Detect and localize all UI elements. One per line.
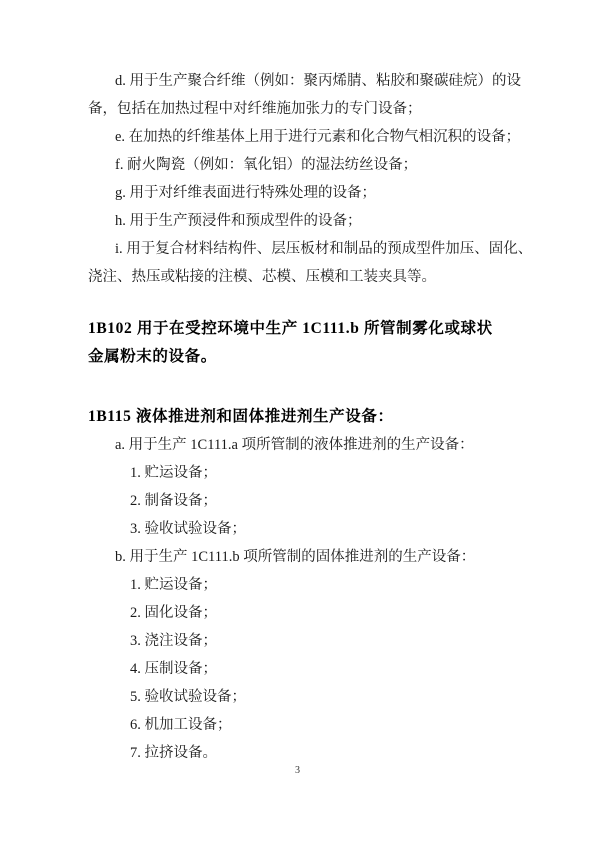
sublist-b-item-1: 1. 贮运设备； [88, 571, 512, 599]
list-item-b: b. 用于生产 1C111.b 项所管制的固体推进剂的生产设备： [88, 543, 512, 571]
document-page: d. 用于生产聚合纤维（例如：聚丙烯腈、粘胶和聚碳硅烷）的设 备，包括在加热过程… [0, 0, 595, 841]
section-heading-1b102-line1: 1B102 用于在受控环境中生产 1C111.b 所管制雾化或球状 [88, 315, 512, 343]
list-item-d-line1: d. 用于生产聚合纤维（例如：聚丙烯腈、粘胶和聚碳硅烷）的设 [88, 67, 512, 95]
section-heading-1b115: 1B115 液体推进剂和固体推进剂生产设备： [88, 403, 512, 431]
list-item-g: g. 用于对纤维表面进行特殊处理的设备； [88, 179, 512, 207]
page-number: 3 [295, 765, 300, 776]
list-item-f: f. 耐火陶瓷（例如：氧化铝）的湿法纺丝设备； [88, 151, 512, 179]
list-item-i-line2: 浇注、热压或粘接的注模、芯模、压模和工装夹具等。 [88, 263, 512, 291]
sublist-a-item-2: 2. 制备设备； [88, 487, 512, 515]
list-item-d-line2: 备，包括在加热过程中对纤维施加张力的专门设备； [88, 95, 512, 123]
sublist-a-item-1: 1. 贮运设备； [88, 459, 512, 487]
document-body: d. 用于生产聚合纤维（例如：聚丙烯腈、粘胶和聚碳硅烷）的设 备，包括在加热过程… [88, 67, 512, 767]
sublist-b-item-5: 5. 验收试验设备； [88, 683, 512, 711]
list-item-h: h. 用于生产预浸件和预成型件的设备； [88, 207, 512, 235]
sublist-b-item-2: 2. 固化设备； [88, 599, 512, 627]
sublist-b-item-6: 6. 机加工设备； [88, 711, 512, 739]
sublist-b-item-3: 3. 浇注设备； [88, 627, 512, 655]
list-item-a: a. 用于生产 1C111.a 项所管制的液体推进剂的生产设备： [88, 431, 512, 459]
sublist-b-item-4: 4. 压制设备； [88, 655, 512, 683]
section-heading-1b102-line2: 金属粉末的设备。 [88, 343, 512, 371]
sublist-b-item-7: 7. 拉挤设备。 [88, 739, 512, 767]
list-item-e: e. 在加热的纤维基体上用于进行元素和化合物气相沉积的设备； [88, 123, 512, 151]
page-footer: 3 [0, 765, 595, 776]
list-item-i-line1: i. 用于复合材料结构件、层压板材和制品的预成型件加压、固化、 [88, 235, 512, 263]
sublist-a-item-3: 3. 验收试验设备； [88, 515, 512, 543]
